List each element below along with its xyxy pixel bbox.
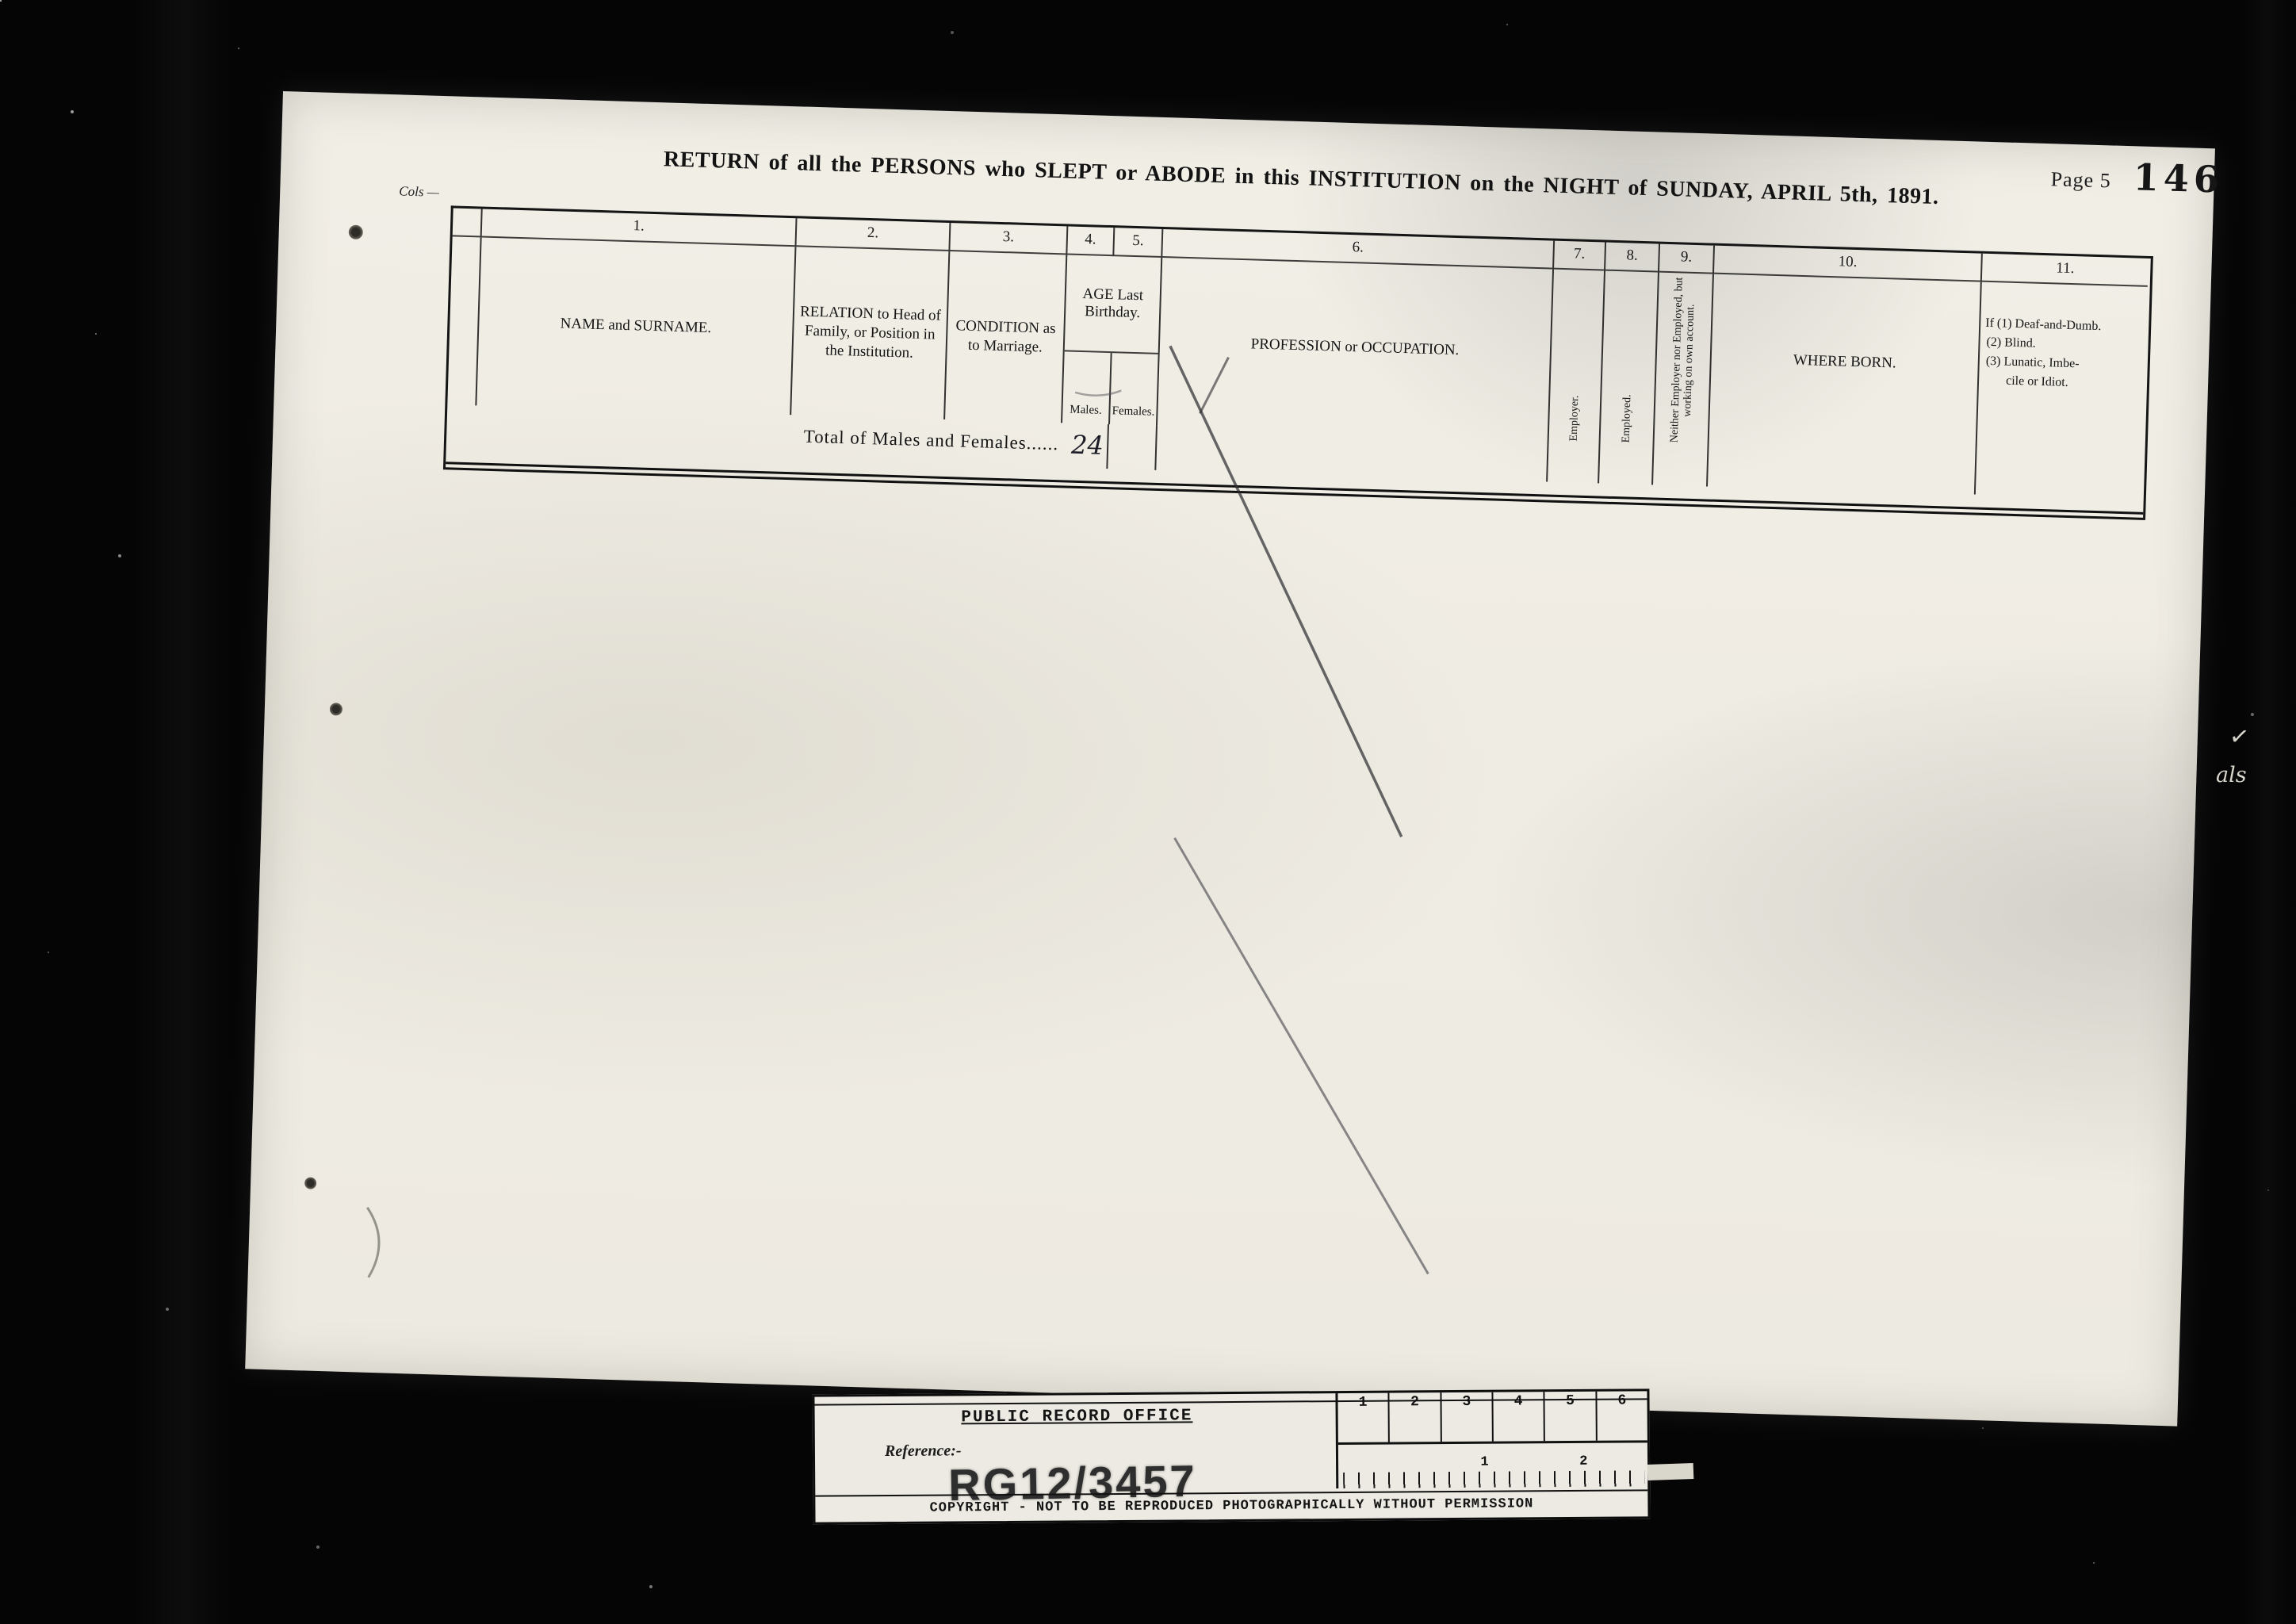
pro-reference-box: PUBLIC RECORD OFFICE Reference:- RG12/34… (812, 1388, 1650, 1524)
cols-note: Cols — (399, 183, 439, 200)
scale-inch-4: 4 (1493, 1392, 1545, 1441)
col-number-gutter (453, 208, 483, 237)
col-number-4: 4. (1067, 226, 1115, 256)
header-age-males: Males. (1062, 351, 1112, 424)
reference-label: Reference:- (885, 1442, 962, 1461)
scale-label: 2 (1579, 1454, 1587, 1469)
header-neither: Neither Employer nor Employed, but worki… (1655, 273, 1714, 442)
col-number-3: 3. (950, 223, 1068, 255)
col-number-5: 5. (1114, 228, 1163, 258)
col-number-9: 9. (1659, 244, 1715, 274)
infirmity-header-line: cile or Idiot. (1985, 371, 2142, 395)
census-table: 1.2.3.4.5.6.7.8.9.10.11. NAME and SURNAM… (443, 205, 2153, 520)
header-relation: RELATION to Head of Family, or Position … (791, 247, 950, 419)
film-streak (135, 0, 230, 1624)
pro-office-title: PUBLIC RECORD OFFICE (815, 1406, 1340, 1428)
microfilm-scan: Page 5 146 RETURN of all the PERSONS who… (0, 0, 2296, 1624)
measuring-scale: 123456 1 2 (1335, 1391, 1647, 1488)
copyright-notice: COPYRIGHT - NOT TO BE REPRODUCED PHOTOGR… (815, 1489, 1647, 1522)
scale-inch-2: 2 (1390, 1392, 1442, 1442)
scale-inch-3: 3 (1441, 1392, 1494, 1442)
punch-hole (304, 1177, 316, 1189)
punch-hole (330, 703, 342, 715)
header-condition: CONDITION as to Marriage. (945, 251, 1067, 423)
film-streak (2244, 0, 2291, 1624)
header-where-born: WHERE BORN. (1709, 274, 1982, 450)
header-profession: PROFESSION or OCCUPATION. (1158, 258, 1554, 438)
col-number-11: 11. (1982, 254, 2149, 287)
header-infirmity: If (1) Deaf-and-Dumb.(2) Blind.(3) Lunat… (1977, 282, 2148, 455)
col-number-7: 7. (1554, 241, 1606, 271)
header-employed: Employed. (1601, 271, 1659, 441)
header-age-females: Females. (1110, 353, 1158, 426)
header-employer: Employer. (1549, 270, 1605, 439)
header-name: NAME and SURNAME. (476, 238, 796, 416)
film-dust-specks (0, 0, 2, 2)
header-age: AGE Last Birthday. Males. Females. (1062, 255, 1162, 425)
census-page: Page 5 146 RETURN of all the PERSONS who… (245, 91, 2215, 1427)
col-number-2: 2. (796, 218, 951, 251)
total-males-cell: 24 (1061, 423, 1109, 469)
punch-hole (349, 225, 364, 240)
col-number-8: 8. (1605, 243, 1660, 273)
scale-label: 1 (1480, 1455, 1488, 1470)
scale-inch-5: 5 (1545, 1392, 1598, 1441)
scale-inches: 123456 (1337, 1391, 1647, 1445)
scale-inch-6: 6 (1597, 1391, 1647, 1440)
header-gutter (447, 236, 481, 405)
total-value: 24 (1062, 429, 1108, 461)
margin-check-mark: ✓ (2228, 722, 2252, 752)
page-title: RETURN of all the PERSONS who SLEPT or A… (452, 140, 2150, 216)
tick-marks (1343, 1470, 1644, 1488)
film-sliver (1647, 1463, 1694, 1480)
scale-inch-1: 1 (1337, 1393, 1390, 1442)
margin-pencil-note: als (2216, 763, 2247, 787)
scale-ticks: 1 2 (1338, 1442, 1647, 1488)
